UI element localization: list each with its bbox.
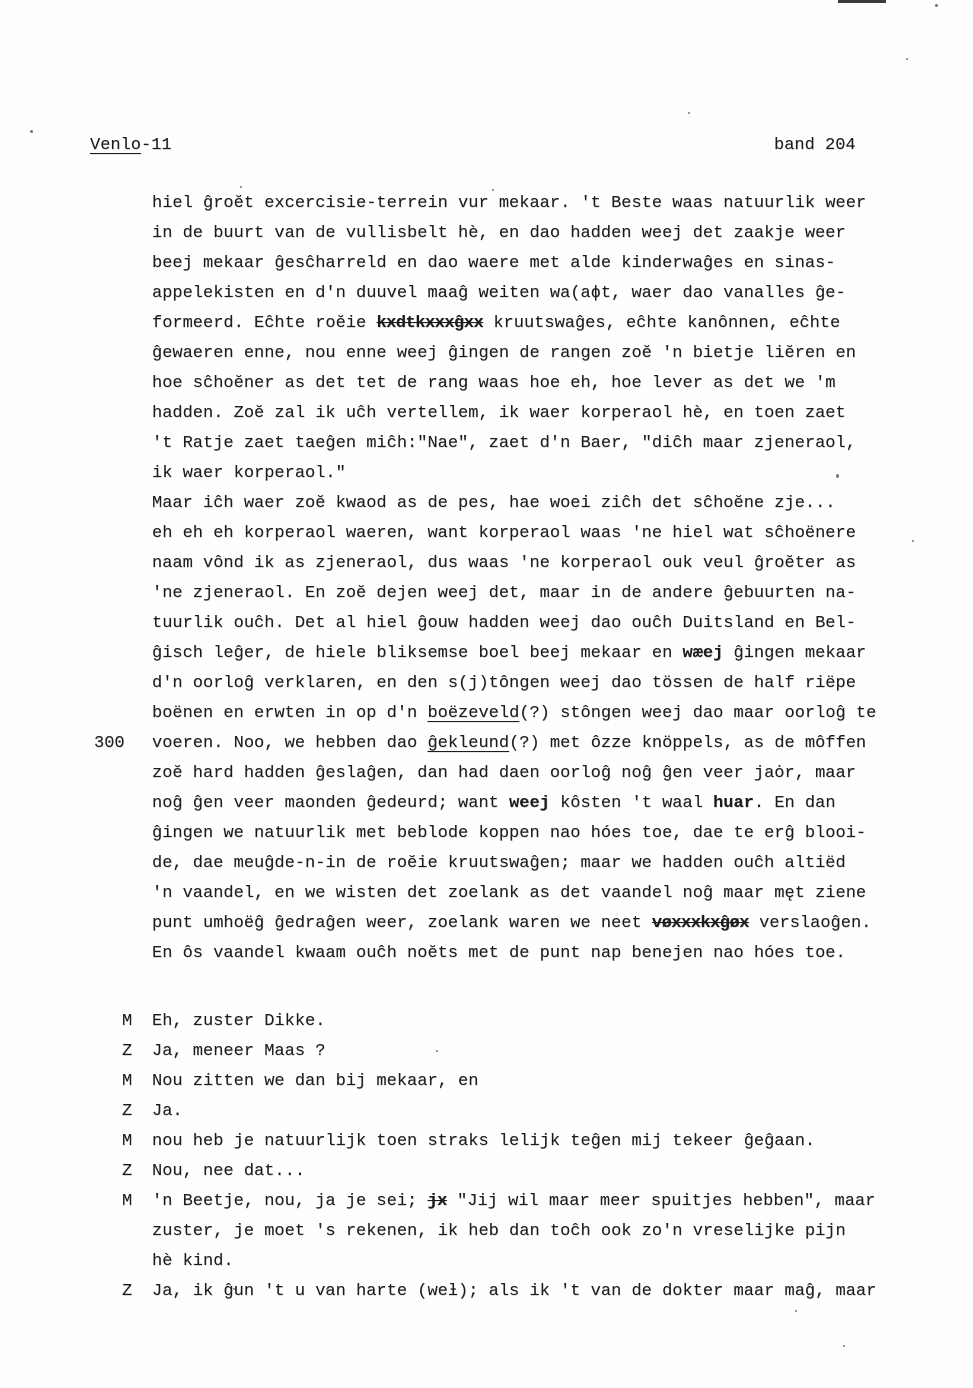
speaker-label: Z	[122, 1097, 152, 1127]
text-line: in de buurt van de vullisbelt hè, en dao…	[152, 219, 942, 249]
document-id-label: Venlo-11	[90, 131, 172, 161]
text-run: kruutswaĝes, eĉhte kanônnen, eĉhte	[483, 314, 840, 333]
text-run: voeren. Noo, we hebben dao	[152, 734, 427, 753]
text-run: nou heb je natuurlijk toen straks lelijk…	[152, 1132, 815, 1151]
text-line: 'n Beetje, nou, ja je sei; jx "Jij wil m…	[152, 1187, 942, 1217]
text-line: En ôs vaandel kwaam ouĉh noĕts met de pu…	[152, 939, 942, 969]
scan-speckle	[240, 186, 242, 188]
text-run: verslaoĝen.	[749, 914, 871, 933]
document-id-suffix: -11	[141, 136, 172, 155]
text-line: hadden. Zoĕ zal ik uĉh vertellem, ik wae…	[152, 399, 942, 429]
speaker-utterance: nou heb je natuurlijk toen straks lelijk…	[152, 1127, 942, 1157]
underlined-word: ĝekleund	[427, 734, 509, 753]
text-run: ĝewaeren enne, nou enne weej ĝingen de r…	[152, 344, 856, 363]
text-line: ĝisch leĝer, de hiele bliksemse boel bee…	[152, 639, 942, 669]
speaker-utterance: Ja.	[152, 1097, 942, 1127]
text-line: 'n vaandel, en we wisten det zoelank as …	[152, 879, 942, 909]
text-run: En ôs vaandel kwaam ouĉh noĕts met de pu…	[152, 944, 846, 963]
speaker-utterance: 'n Beetje, nou, ja je sei; jx "Jij wil m…	[152, 1187, 942, 1277]
text-run: hoe sĉhoĕner as det tet de rang waas hoe…	[152, 374, 836, 393]
text-run: Ja, meneer Maas ?	[152, 1042, 325, 1061]
margin-line-number: 300	[94, 729, 125, 759]
speaker-label: M	[122, 1007, 152, 1037]
text-run: naam vônd ik as zjeneraol, dus waas 'ne …	[152, 554, 856, 573]
text-line: formeerd. Eĉhte roĕie kxdtkxxxĝxx kruuts…	[152, 309, 942, 339]
text-run: eh eh eh korperaol waeren, want korperao…	[152, 524, 856, 543]
text-line: Ja, ik ĝun 't u van harte (weƚ); als ik …	[152, 1277, 942, 1307]
text-run: ĝisch leĝer, de hiele bliksemse boel bee…	[152, 644, 683, 663]
text-run: zuster, je moet 's rekenen, ik heb dan t…	[152, 1222, 846, 1241]
dialogue-turn: Mnou heb je natuurlijk toen straks lelij…	[122, 1127, 942, 1157]
text-run: 'ne zjeneraol. En zoĕ dejen weej det, ma…	[152, 584, 856, 603]
text-run: hadden. Zoĕ zal ik uĉh vertellem, ik wae…	[152, 404, 846, 423]
text-run: hiel ĝroĕt excercisie-terrein vur mekaar…	[152, 194, 866, 213]
text-run: Ja.	[152, 1102, 183, 1121]
struck-out-word: jx	[427, 1192, 446, 1211]
text-run: 'n Beetje, nou, ja je sei;	[152, 1192, 427, 1211]
text-line: Ja.	[152, 1097, 942, 1127]
dialogue-section: MEh, zuster Dikke.ZJa, meneer Maas ?MNou…	[122, 1007, 942, 1307]
text-line: 't Ratje zaet taeĝen miĉh:"Nae", zaet d'…	[152, 429, 942, 459]
text-line: appelekisten en d'n duuvel maaĝ weiten w…	[152, 279, 942, 309]
text-line: Eh, zuster Dikke.	[152, 1007, 942, 1037]
text-run: noĝ ĝen veer maonden ĝedeurd; want	[152, 794, 509, 813]
text-run: ĝingen mekaar	[723, 644, 866, 663]
text-run: Maar iĉh waer zoĕ kwaod as de pes, hae w…	[152, 494, 836, 513]
scan-speckle	[795, 1310, 797, 1312]
speaker-label: Z	[122, 1277, 152, 1307]
text-line: beej mekaar ĝesĉharreld en dao waere met…	[152, 249, 942, 279]
text-line: ĝewaeren enne, nou enne weej ĝingen de r…	[152, 339, 942, 369]
speaker-utterance: Eh, zuster Dikke.	[152, 1007, 942, 1037]
text-line: zuster, je moet 's rekenen, ik heb dan t…	[152, 1217, 942, 1247]
text-run: Nou zitten we dan bij mekaar, en	[152, 1072, 478, 1091]
scan-speckle	[843, 1345, 845, 1347]
text-run: 't Ratje zaet taeĝen miĉh:"Nae", zaet d'…	[152, 434, 856, 453]
speaker-label: M	[122, 1127, 152, 1157]
text-run: Eh, zuster Dikke.	[152, 1012, 325, 1031]
text-line: noĝ ĝen veer maonden ĝedeurd; want weej …	[152, 789, 942, 819]
text-line: hè kind.	[152, 1247, 942, 1277]
text-run: "Jij wil maar meer spuitjes hebben", maa…	[447, 1192, 875, 1211]
text-run: tuurlik ouĉh. Det al hiel ĝouw hadden we…	[152, 614, 856, 633]
text-run: 'n vaandel, en we wisten det zoelank as …	[152, 884, 866, 903]
dialogue-turn: MNou zitten we dan bij mekaar, en	[122, 1067, 942, 1097]
speaker-utterance: Ja, ik ĝun 't u van harte (weƚ); als ik …	[152, 1277, 942, 1307]
text-run: zoĕ hard hadden ĝeslaĝen, dan had daen o…	[152, 764, 856, 783]
text-line: boënen en erwten in op d'n boëzeveld(?) …	[152, 699, 942, 729]
speaker-label: M	[122, 1187, 152, 1277]
text-line: zoĕ hard hadden ĝeslaĝen, dan had daen o…	[152, 759, 942, 789]
text-line: ik waer korperaol."	[152, 459, 942, 489]
dialogue-turn: ZJa, meneer Maas ?	[122, 1037, 942, 1067]
text-column: hiel ĝroĕt excercisie-terrein vur mekaar…	[152, 189, 942, 1307]
scan-speckle	[30, 130, 33, 133]
text-line: de, dae meuĝde-n-in de roĕie kruutswaĝen…	[152, 849, 942, 879]
text-run: . En dan	[754, 794, 836, 813]
text-line: ĝingen we natuurlik met beblode koppen n…	[152, 819, 942, 849]
speaker-label: Z	[122, 1157, 152, 1187]
text-line: Nou, nee dat...	[152, 1157, 942, 1187]
text-run: boënen en erwten in op d'n	[152, 704, 427, 723]
scan-speckle	[906, 58, 908, 60]
text-line: Ja, meneer Maas ?	[152, 1037, 942, 1067]
text-run: wæej	[683, 644, 724, 663]
text-run: appelekisten en d'n duuvel maaĝ weiten w…	[152, 284, 846, 303]
text-run: (?) met ôzze knöppels, as de môffen	[509, 734, 866, 753]
struck-out-word: kxdtkxxxĝxx	[376, 314, 483, 333]
text-run: punt umhoëĝ ĝedraĝen weer, zoelank waren…	[152, 914, 652, 933]
underlined-word: boëzeveld	[427, 704, 519, 723]
text-run: ik waer korperaol."	[152, 464, 346, 483]
text-run: Nou, nee dat...	[152, 1162, 305, 1181]
text-line: tuurlik ouĉh. Det al hiel ĝouw hadden we…	[152, 609, 942, 639]
scan-speckle	[935, 4, 938, 7]
dialogue-turn: ZNou, nee dat...	[122, 1157, 942, 1187]
scan-artifact-line	[838, 0, 886, 3]
text-run: d'n oorloĝ verklaren, en den s(j)tôngen …	[152, 674, 856, 693]
document-id-underlined: Venlo	[90, 136, 141, 155]
text-run: in de buurt van de vullisbelt hè, en dao…	[152, 224, 846, 243]
speaker-utterance: Nou, nee dat...	[152, 1157, 942, 1187]
dialogue-turn: ZJa, ik ĝun 't u van harte (weƚ); als ik…	[122, 1277, 942, 1307]
text-line: Nou zitten we dan bij mekaar, en	[152, 1067, 942, 1097]
text-line: eh eh eh korperaol waeren, want korperao…	[152, 519, 942, 549]
struck-out-word: vøxxxkxĝøx	[652, 914, 749, 933]
dialogue-turn: M'n Beetje, nou, ja je sei; jx "Jij wil …	[122, 1187, 942, 1277]
text-line: naam vônd ik as zjeneraol, dus waas 'ne …	[152, 549, 942, 579]
dialogue-turn: MEh, zuster Dikke.	[122, 1007, 942, 1037]
text-line: nou heb je natuurlijk toen straks lelijk…	[152, 1127, 942, 1157]
text-run: beej mekaar ĝesĉharreld en dao waere met…	[152, 254, 836, 273]
text-run: (?) stôngen weej dao maar oorloĝ te	[519, 704, 876, 723]
text-run: kôsten 't waal	[550, 794, 713, 813]
text-run: weej	[509, 794, 550, 813]
text-run: huar	[713, 794, 754, 813]
scan-speckle	[688, 112, 690, 114]
text-line: hiel ĝroĕt excercisie-terrein vur mekaar…	[152, 189, 942, 219]
text-run: de, dae meuĝde-n-in de roĕie kruutswaĝen…	[152, 854, 846, 873]
text-line: 'ne zjeneraol. En zoĕ dejen weej det, ma…	[152, 579, 942, 609]
speaker-label: M	[122, 1067, 152, 1097]
text-line: 300voeren. Noo, we hebben dao ĝekleund(?…	[152, 729, 942, 759]
scanned-document-page: Venlo-11 band 204 hiel ĝroĕt excercisie-…	[0, 0, 973, 1388]
text-line: Maar iĉh waer zoĕ kwaod as de pes, hae w…	[152, 489, 942, 519]
speaker-label: Z	[122, 1037, 152, 1067]
text-run: Ja, ik ĝun 't u van harte (weƚ); als ik …	[152, 1282, 876, 1301]
body-paragraphs: hiel ĝroĕt excercisie-terrein vur mekaar…	[152, 189, 942, 969]
text-line: d'n oorloĝ verklaren, en den s(j)tôngen …	[152, 669, 942, 699]
text-run: formeerd. Eĉhte roĕie	[152, 314, 376, 333]
dialogue-turn: ZJa.	[122, 1097, 942, 1127]
tape-band-label: band 204	[774, 131, 856, 161]
text-run: ĝingen we natuurlik met beblode koppen n…	[152, 824, 866, 843]
speaker-utterance: Nou zitten we dan bij mekaar, en	[152, 1067, 942, 1097]
text-run: hè kind.	[152, 1252, 234, 1271]
text-line: punt umhoëĝ ĝedraĝen weer, zoelank waren…	[152, 909, 942, 939]
text-line: hoe sĉhoĕner as det tet de rang waas hoe…	[152, 369, 942, 399]
speaker-utterance: Ja, meneer Maas ?	[152, 1037, 942, 1067]
